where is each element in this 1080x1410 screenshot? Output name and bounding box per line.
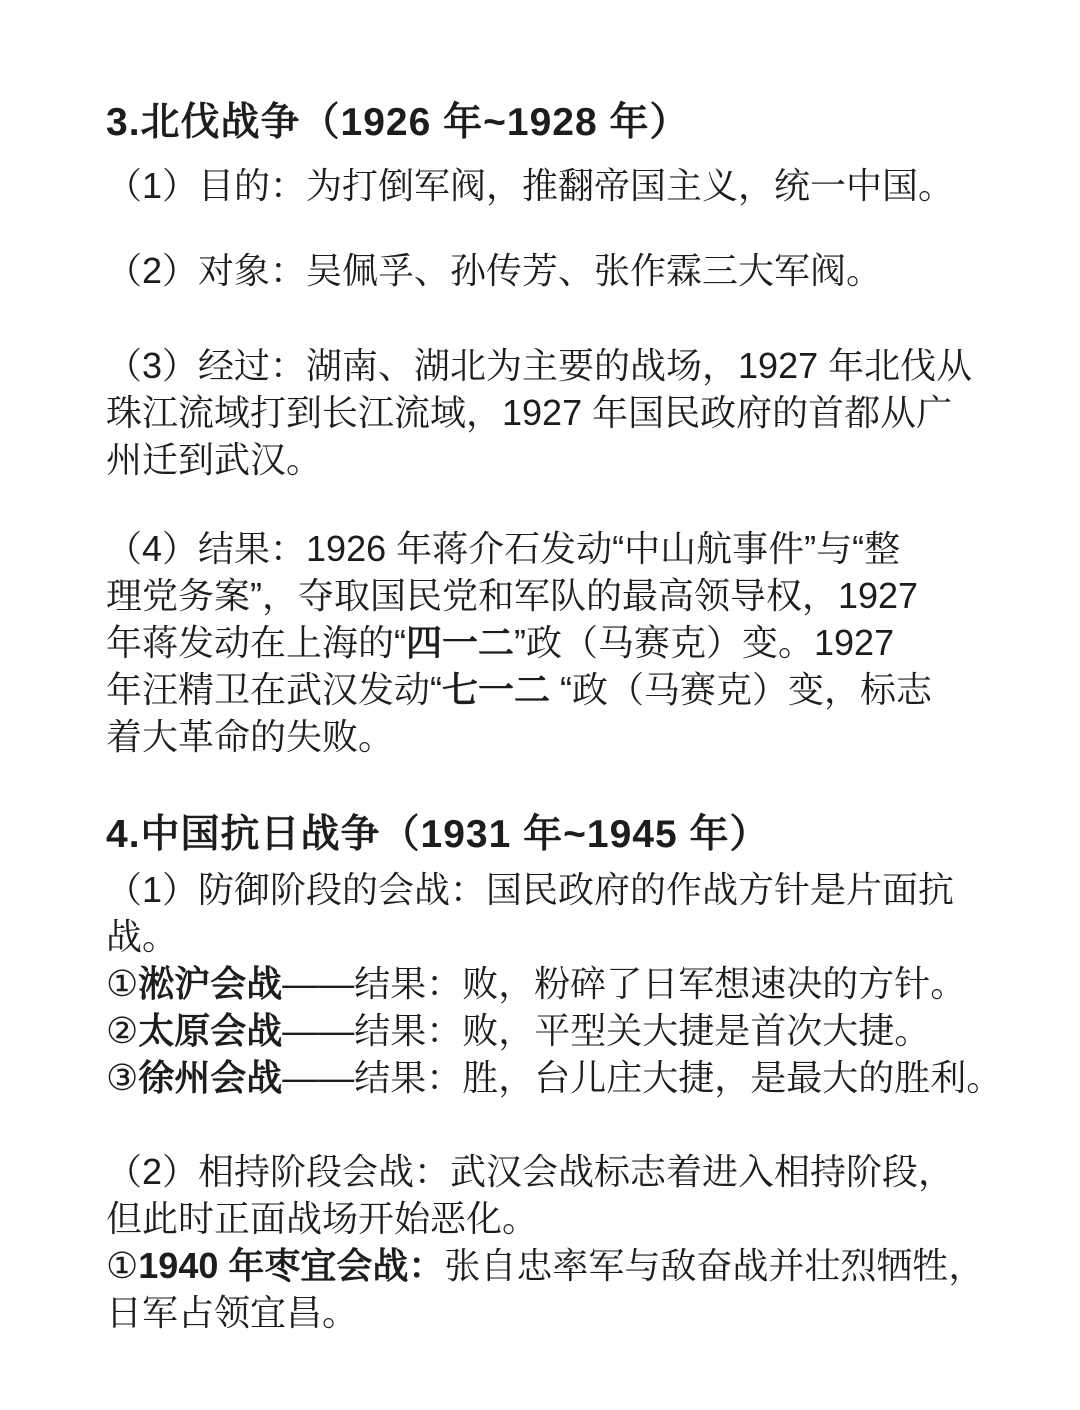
para-course-line-2: 珠江流域打到长江流域，1927 年国民政府的首都从广: [106, 389, 996, 436]
text-segment: ③: [106, 1057, 138, 1098]
text-segment: 理党务案”，夺取国民党和军队的最高领导权，1927: [106, 575, 918, 616]
text-segment: ——结果：胜，台儿庄大捷，是最大的胜利。: [282, 1057, 1002, 1098]
para-stalemate-stage: （2）相持阶段会战：武汉会战标志着进入相持阶段，但此时正面战场开始恶化。①194…: [106, 1148, 996, 1336]
para-result: （4）结果：1926 年蒋介石发动“中山航事件”与“整理党务案”，夺取国民党和军…: [106, 525, 996, 760]
para-targets: （2）对象：吴佩孚、孙传芳、张作霖三大军阀。: [106, 247, 996, 294]
section-4-heading: 4.中国抗日战争（1931 年~1945 年）: [106, 812, 996, 858]
text-segment: “政（马赛克）变，标志: [550, 669, 932, 710]
text-segment: 3.北伐战争（1926 年~1928 年）: [106, 101, 690, 144]
para-course-line-3: 州迁到武汉。: [106, 436, 996, 483]
text-segment: （4）结果：1926 年蒋介石发动“中山航事件”与“整: [106, 528, 900, 569]
para-stalemate-stage-line-3: ①1940 年枣宜会战：张自忠率军与敌奋战并壮烈牺牲，: [106, 1242, 996, 1289]
text-segment: 年蒋发动在上海的“: [106, 622, 406, 663]
text-segment: 年汪精卫在武汉发动“: [106, 669, 442, 710]
para-result-line-4: 年汪精卫在武汉发动“七一二 “政（马赛克）变，标志: [106, 666, 996, 713]
text-segment: 七一二: [442, 669, 550, 710]
text-segment: （2）对象：吴佩孚、孙传芳、张作霖三大军阀。: [106, 250, 882, 291]
para-stalemate-stage-line-1: （2）相持阶段会战：武汉会战标志着进入相持阶段，: [106, 1148, 996, 1195]
text-segment: 张自忠率军与敌奋战并壮烈牺牲，: [444, 1245, 984, 1286]
para-result-line-1: （4）结果：1926 年蒋介石发动“中山航事件”与“整: [106, 525, 996, 572]
text-segment: （1）目的：为打倒军阀，推翻帝国主义，统一中国。: [106, 165, 954, 206]
text-segment: 四一二: [406, 622, 514, 663]
para-course: （3）经过：湖南、湖北为主要的战场，1927 年北伐从珠江流域打到长江流域，19…: [106, 342, 996, 483]
para-stalemate-stage-line-2: 但此时正面战场开始恶化。: [106, 1195, 996, 1242]
text-segment: （1）防御阶段的会战：国民政府的作战方针是片面抗: [106, 869, 954, 910]
para-result-line-2: 理党务案”，夺取国民党和军队的最高领导权，1927: [106, 572, 996, 619]
text-segment: 州迁到武汉。: [106, 439, 322, 480]
para-targets-line-1: （2）对象：吴佩孚、孙传芳、张作霖三大军阀。: [106, 247, 996, 294]
text-segment: 4.中国抗日战争（1931 年~1945 年）: [106, 813, 770, 856]
para-defense-stage-line-4: ②太原会战——结果：败，平型关大捷是首次大捷。: [106, 1007, 996, 1054]
text-segment: ——结果：败，粉碎了日军想速决的方针。: [282, 963, 966, 1004]
text-segment: 但此时正面战场开始恶化。: [106, 1198, 538, 1239]
document-page: 3.北伐战争（1926 年~1928 年）（1）目的：为打倒军阀，推翻帝国主义，…: [0, 0, 1080, 1410]
text-segment: 着大革命的失败。: [106, 716, 394, 757]
section-3-heading-line-1: 3.北伐战争（1926 年~1928 年）: [106, 100, 996, 146]
text-segment: （2）相持阶段会战：武汉会战标志着进入相持阶段，: [106, 1151, 954, 1192]
text-segment: （3）经过：湖南、湖北为主要的战场，1927 年北伐从: [106, 345, 972, 386]
para-result-line-3: 年蒋发动在上海的“四一二”政（马赛克）变。1927: [106, 619, 996, 666]
para-defense-stage-line-2: 战。: [106, 913, 996, 960]
text-segment: ——结果：败，平型关大捷是首次大捷。: [282, 1010, 930, 1051]
text-segment: 淞沪会战: [138, 963, 282, 1004]
para-defense-stage-line-3: ①淞沪会战——结果：败，粉碎了日军想速决的方针。: [106, 960, 996, 1007]
para-stalemate-stage-line-4: 日军占领宜昌。: [106, 1289, 996, 1336]
document-body: 3.北伐战争（1926 年~1928 年）（1）目的：为打倒军阀，推翻帝国主义，…: [106, 100, 996, 1336]
para-course-line-1: （3）经过：湖南、湖北为主要的战场，1927 年北伐从: [106, 342, 996, 389]
text-segment: ②: [106, 1010, 138, 1051]
text-segment: 战。: [106, 916, 178, 957]
para-defense-stage-line-5: ③徐州会战——结果：胜，台儿庄大捷，是最大的胜利。: [106, 1054, 996, 1101]
para-defense-stage-line-1: （1）防御阶段的会战：国民政府的作战方针是片面抗: [106, 866, 996, 913]
text-segment: 珠江流域打到长江流域，1927 年国民政府的首都从广: [106, 392, 952, 433]
text-segment: ①: [106, 1245, 138, 1286]
text-segment: 太原会战: [138, 1010, 282, 1051]
text-segment: ①: [106, 963, 138, 1004]
para-defense-stage: （1）防御阶段的会战：国民政府的作战方针是片面抗战。①淞沪会战——结果：败，粉碎…: [106, 866, 996, 1101]
section-3-heading: 3.北伐战争（1926 年~1928 年）: [106, 100, 996, 146]
para-result-line-5: 着大革命的失败。: [106, 713, 996, 760]
text-segment: 徐州会战: [138, 1057, 282, 1098]
text-segment: 1940 年枣宜会战：: [138, 1245, 444, 1286]
text-segment: ”政（马赛克）变。1927: [514, 622, 894, 663]
para-purpose-line-1: （1）目的：为打倒军阀，推翻帝国主义，统一中国。: [106, 162, 996, 209]
section-4-heading-line-1: 4.中国抗日战争（1931 年~1945 年）: [106, 812, 996, 858]
para-purpose: （1）目的：为打倒军阀，推翻帝国主义，统一中国。: [106, 162, 996, 209]
text-segment: 日军占领宜昌。: [106, 1292, 358, 1333]
